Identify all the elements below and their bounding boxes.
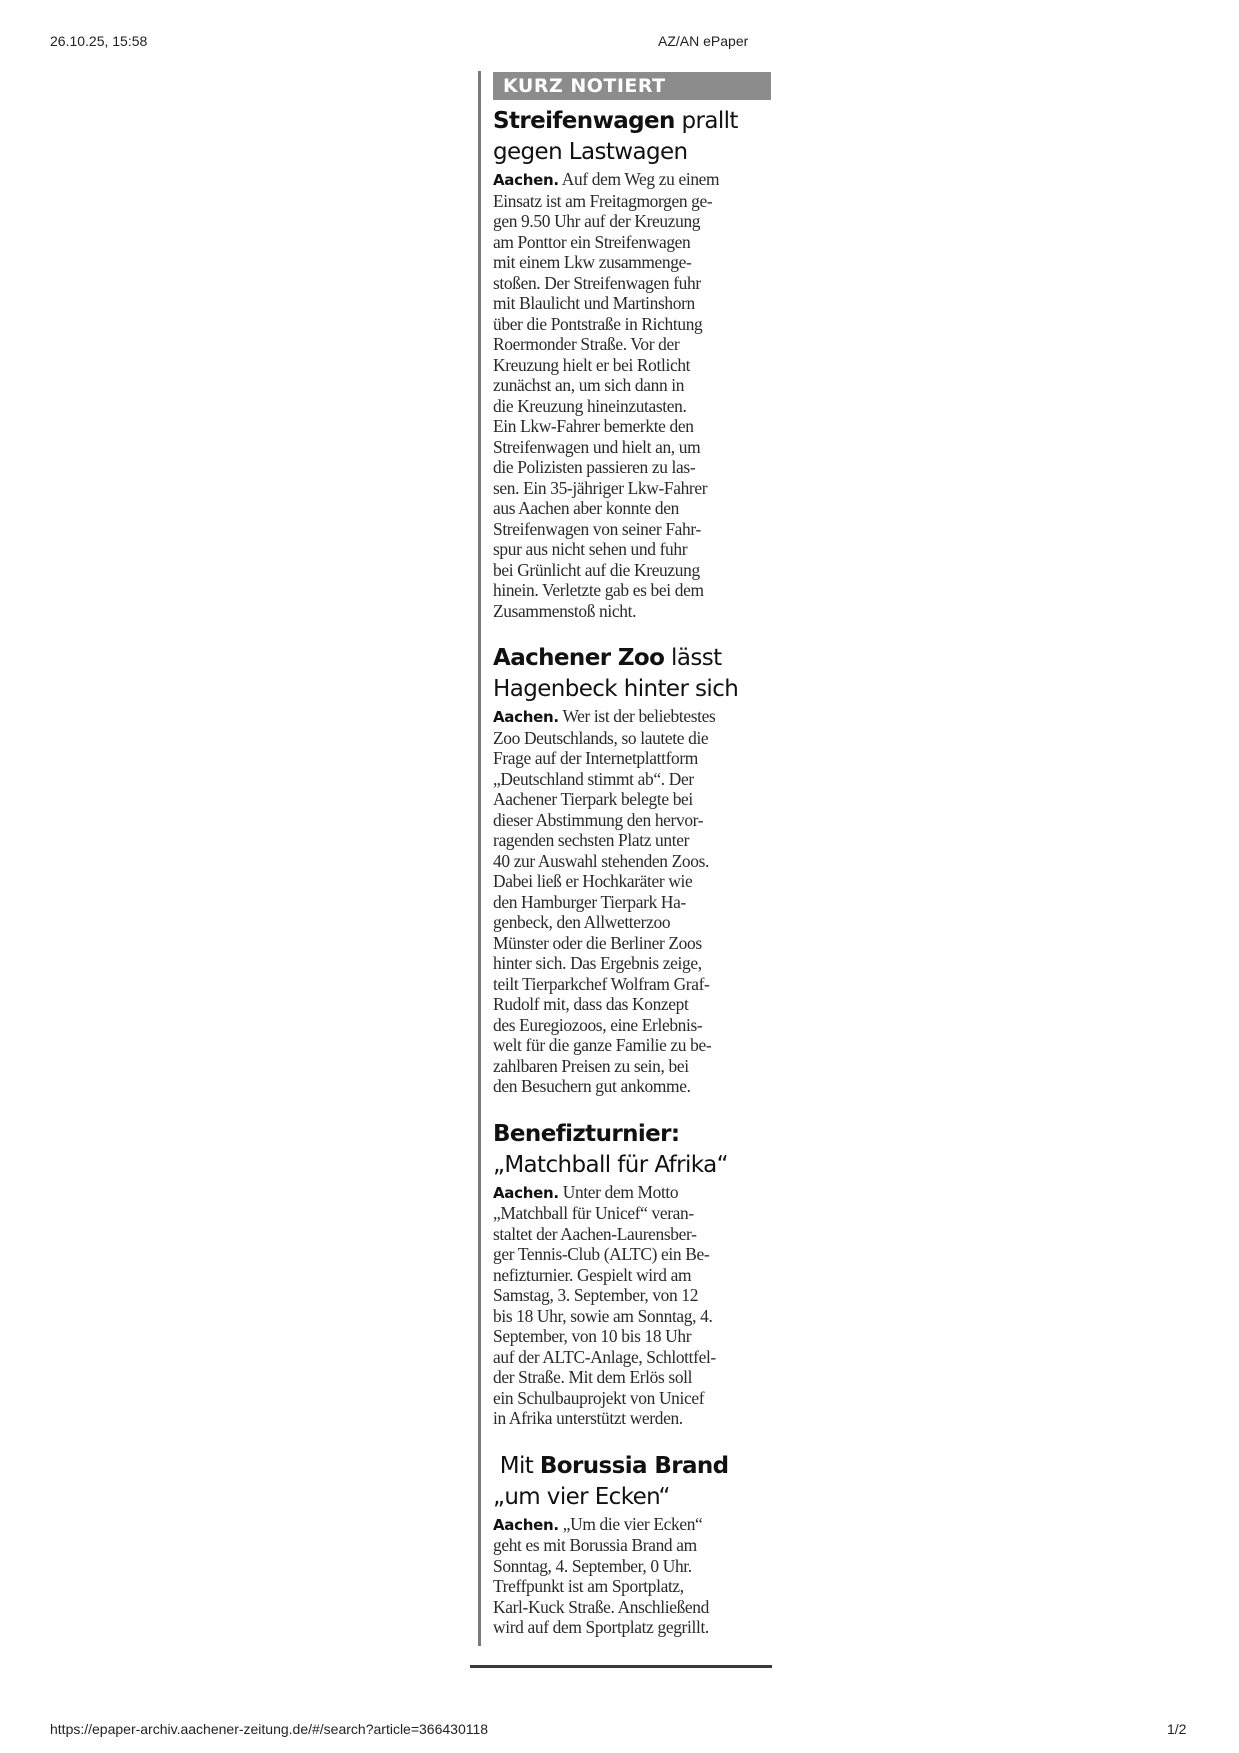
body-line: ragenden sechsten Platz unter — [493, 830, 773, 851]
headline-line-2: „Matchball für Afrika“ — [493, 1150, 773, 1181]
body-line: Samstag, 3. September, von 12 — [493, 1285, 773, 1306]
article-headline: Benefizturnier: „Matchball für Afrika“ — [493, 1119, 773, 1181]
body-line: des Euregiozoos, eine Erlebnis- — [493, 1015, 773, 1036]
article-column: KURZ NOTIERT Streifenwagen prallt gegen … — [493, 72, 773, 1638]
headline-bold: Benefizturnier: — [493, 1121, 680, 1147]
body-line: Rudolf mit, dass das Konzept — [493, 994, 773, 1015]
page-number: 1/2 — [1167, 1721, 1186, 1737]
body-line: Streifenwagen von seiner Fahr- — [493, 519, 773, 540]
body-line: Einsatz ist am Freitagmorgen ge- — [493, 191, 773, 212]
print-datetime: 26.10.25, 15:58 — [50, 33, 147, 49]
article-body: Aachen. „Um die vier Ecken“ geht es mit … — [493, 1514, 773, 1638]
column-left-rule — [478, 71, 481, 1646]
body-line: Streifenwagen und hielt an, um — [493, 437, 773, 458]
body-line: ein Schulbauprojekt von Unicef — [493, 1388, 773, 1409]
article-headline: Mit Borussia Brand „um vier Ecken“ — [493, 1451, 773, 1513]
body-line: Karl-Kuck Straße. Anschließend — [493, 1597, 773, 1618]
headline-bold: Aachener Zoo — [493, 645, 664, 671]
body-line: in Afrika unterstützt werden. — [493, 1408, 773, 1429]
body-line: zunächst an, um sich dann in — [493, 375, 773, 396]
body-line: den Besuchern gut ankomme. — [493, 1076, 773, 1097]
dateline: Aachen. — [493, 171, 559, 189]
article-borussia-brand: Mit Borussia Brand „um vier Ecken“ Aache… — [493, 1451, 773, 1638]
body-line: teilt Tierparkchef Wolfram Graf- — [493, 974, 773, 995]
dateline: Aachen. — [493, 1184, 559, 1202]
source-url[interactable]: https://epaper-archiv.aachener-zeitung.d… — [50, 1721, 488, 1737]
body-line: Unter dem Motto — [559, 1182, 679, 1202]
body-line: 40 zur Auswahl stehenden Zoos. — [493, 851, 773, 872]
body-line: die Polizisten passieren zu las- — [493, 457, 773, 478]
body-line: Treffpunkt ist am Sportplatz, — [493, 1576, 773, 1597]
body-line: sen. Ein 35-jähriger Lkw-Fahrer — [493, 478, 773, 499]
headline-bold: Streifenwagen — [493, 108, 675, 134]
body-line: bis 18 Uhr, sowie am Sonntag, 4. — [493, 1306, 773, 1327]
article-body: Aachen. Unter dem Motto „Matchball für U… — [493, 1182, 773, 1429]
body-line: Aachener Tierpark belegte bei — [493, 789, 773, 810]
body-line: genbeck, den Allwetterzoo — [493, 912, 773, 933]
body-line: Münster oder die Berliner Zoos — [493, 933, 773, 954]
headline-line-2: Hagenbeck hinter sich — [493, 674, 773, 705]
body-line: Zoo Deutschlands, so lautete die — [493, 728, 773, 749]
body-line: auf der ALTC-Anlage, Schlottfel- — [493, 1347, 773, 1368]
body-line: Roermonder Straße. Vor der — [493, 334, 773, 355]
body-line: Auf dem Weg zu einem — [559, 169, 719, 189]
body-line: den Hamburger Tierpark Ha- — [493, 892, 773, 913]
body-line: mit einem Lkw zusammenge- — [493, 252, 773, 273]
headline-text: prallt — [675, 108, 738, 134]
body-line: mit Blaulicht und Martinshorn — [493, 293, 773, 314]
body-line: spur aus nicht sehen und fuhr — [493, 539, 773, 560]
body-line: stoßen. Der Streifenwagen fuhr — [493, 273, 773, 294]
dateline: Aachen. — [493, 1516, 559, 1534]
body-line: September, von 10 bis 18 Uhr — [493, 1326, 773, 1347]
body-line: staltet der Aachen-Laurensber- — [493, 1224, 773, 1245]
section-rubric: KURZ NOTIERT — [493, 72, 771, 100]
article-body: Aachen. Wer ist der beliebtestes Zoo Deu… — [493, 706, 773, 1097]
article-benefizturnier: Benefizturnier: „Matchball für Afrika“ A… — [493, 1119, 773, 1429]
body-line: welt für die ganze Familie zu be- — [493, 1035, 773, 1056]
dateline: Aachen. — [493, 708, 559, 726]
body-line: die Kreuzung hineinzutasten. — [493, 396, 773, 417]
body-line: dieser Abstimmung den hervor- — [493, 810, 773, 831]
body-line: gen 9.50 Uhr auf der Kreuzung — [493, 211, 773, 232]
body-line: geht es mit Borussia Brand am — [493, 1535, 773, 1556]
body-line: der Straße. Mit dem Erlös soll — [493, 1367, 773, 1388]
body-line: wird auf dem Sportplatz gegrillt. — [493, 1617, 773, 1638]
body-line: Frage auf der Internetplattform — [493, 748, 773, 769]
article-streifenwagen: Streifenwagen prallt gegen Lastwagen Aac… — [493, 106, 773, 621]
headline-line-2: gegen Lastwagen — [493, 137, 773, 168]
body-line: Zusammenstoß nicht. — [493, 601, 773, 622]
body-line: Kreuzung hielt er bei Rotlicht — [493, 355, 773, 376]
headline-text: Mit — [493, 1453, 540, 1479]
article-headline: Aachener Zoo lässt Hagenbeck hinter sich — [493, 643, 773, 705]
body-line: nefizturnier. Gespielt wird am — [493, 1265, 773, 1286]
body-line: am Ponttor ein Streifenwagen — [493, 232, 773, 253]
headline-text: lässt — [664, 645, 721, 671]
body-line: bei Grünlicht auf die Kreuzung — [493, 560, 773, 581]
body-line: „Matchball für Unicef“ veran- — [493, 1203, 773, 1224]
article-aachener-zoo: Aachener Zoo lässt Hagenbeck hinter sich… — [493, 643, 773, 1097]
body-line: hinter sich. Das Ergebnis zeige, — [493, 953, 773, 974]
body-line: hinein. Verletzte gab es bei dem — [493, 580, 773, 601]
article-body: Aachen. Auf dem Weg zu einem Einsatz ist… — [493, 169, 773, 621]
body-line: „Deutschland stimmt ab“. Der — [493, 769, 773, 790]
headline-bold: Borussia Brand — [540, 1453, 729, 1479]
headline-line-2: „um vier Ecken“ — [493, 1482, 773, 1513]
body-line: aus Aachen aber konnte den — [493, 498, 773, 519]
body-line: ger Tennis-Club (ALTC) ein Be- — [493, 1244, 773, 1265]
body-line: Sonntag, 4. September, 0 Uhr. — [493, 1556, 773, 1577]
body-line: über die Pontstraße in Richtung — [493, 314, 773, 335]
body-line: Wer ist der beliebtestes — [559, 706, 716, 726]
body-line: Dabei ließ er Hochkaräter wie — [493, 871, 773, 892]
body-line: zahlbaren Preisen zu sein, bei — [493, 1056, 773, 1077]
article-headline: Streifenwagen prallt gegen Lastwagen — [493, 106, 773, 168]
body-line: Ein Lkw-Fahrer bemerkte den — [493, 416, 773, 437]
print-title: AZ/AN ePaper — [658, 33, 748, 49]
newspaper-clipping: KURZ NOTIERT Streifenwagen prallt gegen … — [470, 68, 775, 1673]
body-line: „Um die vier Ecken“ — [559, 1514, 703, 1534]
clipping-bottom-rule — [470, 1665, 772, 1668]
